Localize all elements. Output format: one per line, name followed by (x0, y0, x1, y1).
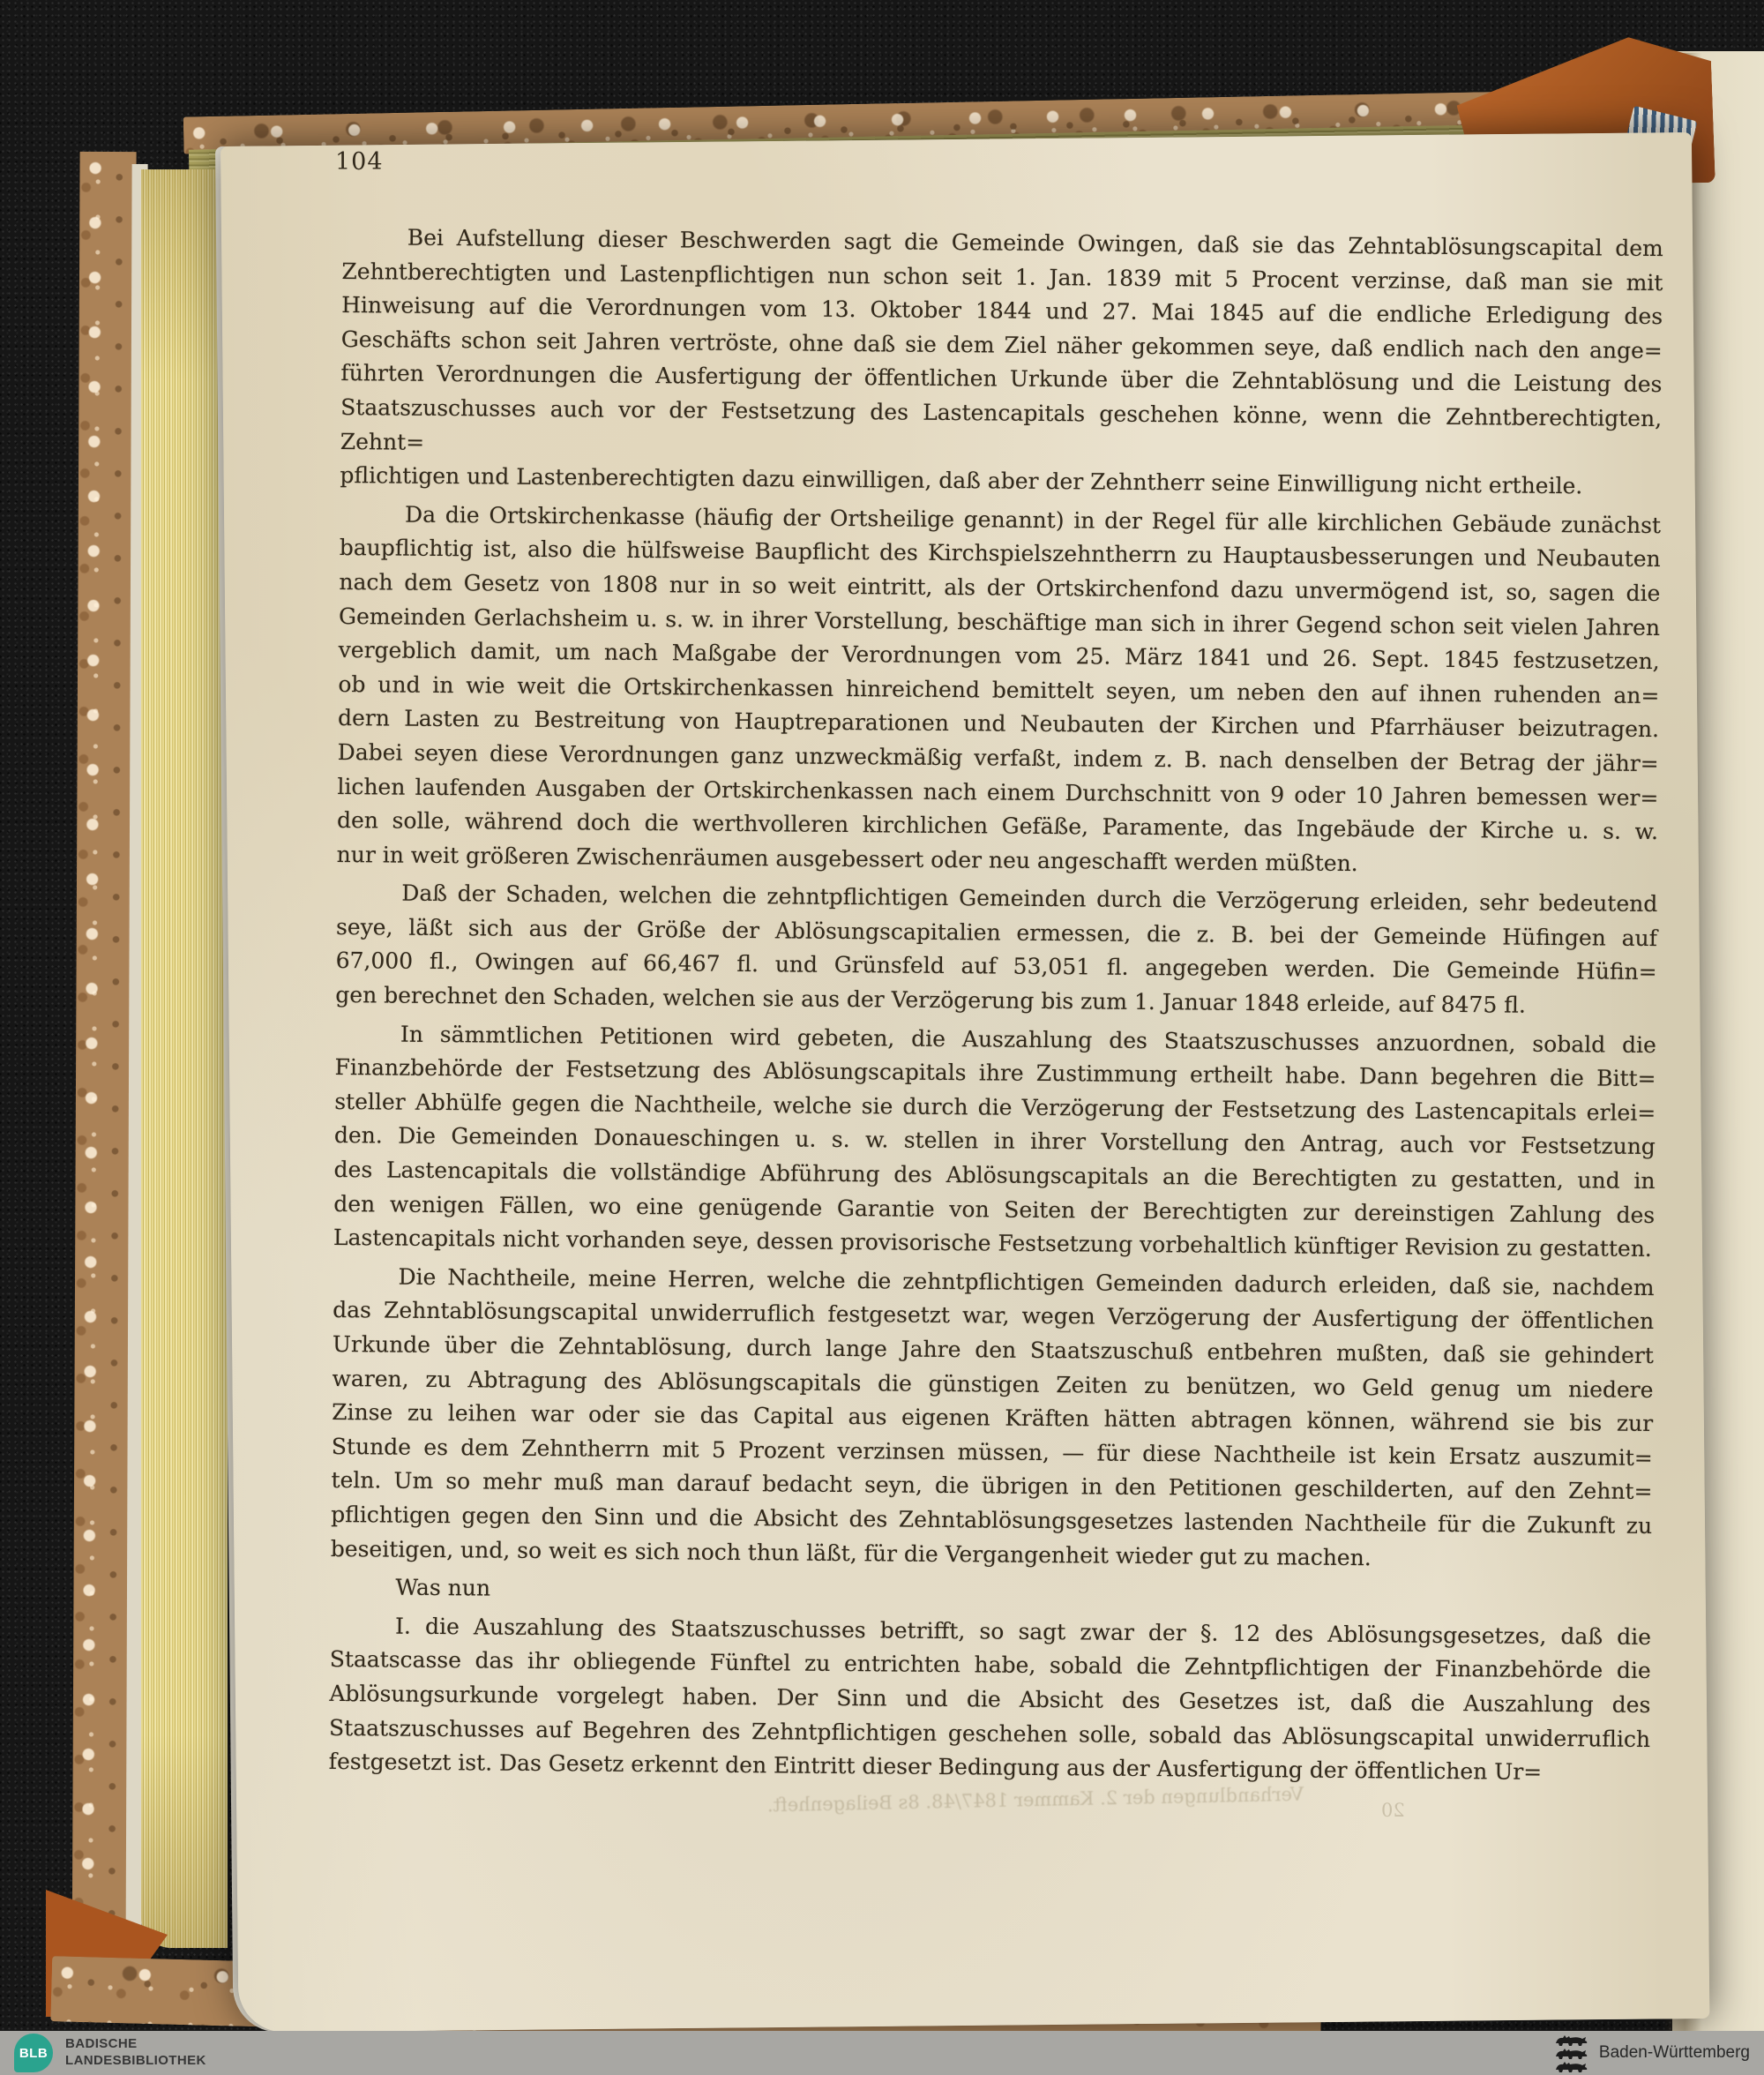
viewer-footer-bar: BLB BADISCHE LANDESBIBLIOTHEK Baden-Würt… (0, 2031, 1764, 2075)
text-line: Was nun (330, 1570, 1651, 1616)
paragraph: Daß der Schaden, welchen die zehntpflich… (335, 876, 1657, 1023)
scan-viewport: 104 Bei Aufstellung dieser Beschwerden s… (0, 0, 1764, 2075)
page-text-block: Bei Aufstellung dieser Beschwerden sagt … (329, 221, 1663, 1795)
blb-logo-icon: BLB (14, 2034, 53, 2072)
paragraph: In sämmtlichen Petitionen wird gebeten, … (333, 1017, 1656, 1267)
paragraph: Da die Ortskirchenkasse (häufig der Orts… (337, 498, 1662, 884)
library-branding: BLB BADISCHE LANDESBIBLIOTHEK (14, 2034, 206, 2072)
page-fore-edges (141, 169, 228, 1948)
state-name: Baden-Württemberg (1599, 2043, 1750, 2063)
state-branding: Baden-Württemberg (1553, 2034, 1750, 2072)
page-number: 104 (335, 148, 384, 176)
paragraph: I. die Auszahlung des Staatszuschusses b… (329, 1609, 1652, 1791)
library-name-line2: LANDESBIBLIOTHEK (65, 2053, 206, 2070)
baden-wuerttemberg-coat-of-arms-icon (1553, 2034, 1588, 2072)
paragraph: Bei Aufstellung dieser Beschwerden sagt … (340, 221, 1663, 505)
library-name: BADISCHE LANDESBIBLIOTHEK (65, 2036, 206, 2070)
bleedthrough-sheet-signature: 20 (1381, 1800, 1405, 1821)
text-line: Staatszuschusses auch vor der Festsetzun… (340, 391, 1663, 470)
paragraph: Die Nachtheile, meine Herren, welche die… (331, 1260, 1655, 1577)
library-name-line1: BADISCHE (65, 2036, 206, 2053)
paragraph: Was nun (330, 1570, 1651, 1616)
